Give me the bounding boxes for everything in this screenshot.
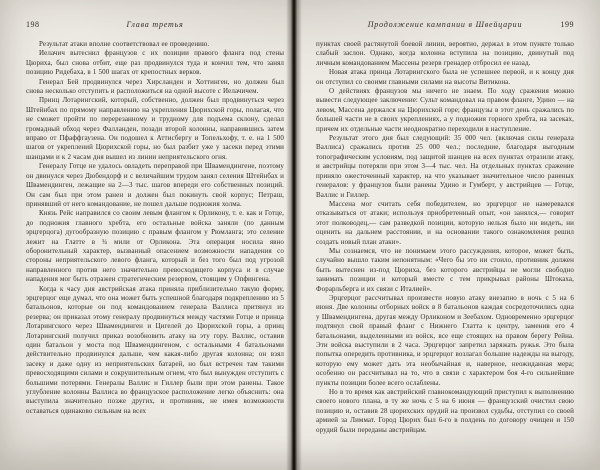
paragraph: Генералу Готце не удалось овладеть переп… bbox=[26, 162, 284, 209]
paragraph: Результат этого дня был следующий: 35 00… bbox=[316, 134, 574, 200]
paragraph: О действиях французов мы ничего не знаем… bbox=[316, 87, 574, 134]
paragraph: Иелачич вытеснил французов с их позиции … bbox=[26, 49, 284, 77]
running-head-right: Продолжение кампании в Швейцарии bbox=[316, 18, 574, 31]
paragraph: Принц Лотарингский, который, собственно,… bbox=[26, 96, 284, 162]
paragraph: Когда к часу дня австрийская атака приня… bbox=[26, 285, 284, 417]
page-body-right: пунктах своей растянутой боевой линии, в… bbox=[316, 40, 574, 435]
paragraph: Генерал Бей продвинулся через Хирсланден… bbox=[26, 78, 284, 97]
page-left: 198 Глава третья Результат атаки вполне … bbox=[26, 18, 284, 462]
paragraph: Князь Рейс направился со своим левым фла… bbox=[26, 209, 284, 284]
book-gutter bbox=[286, 0, 302, 470]
paragraph: Результат атаки вполне соответствовал ее… bbox=[26, 40, 284, 49]
book-spread: 198 Глава третья Результат атаки вполне … bbox=[0, 0, 600, 470]
page-header-right: Продолжение кампании в Швейцарии 199 bbox=[316, 18, 574, 31]
paragraph: Массена мог считать себя победителем, но… bbox=[316, 200, 574, 247]
paragraph: Но в то время как австрийский главнокома… bbox=[316, 388, 574, 435]
paragraph: пунктах своей растянутой боевой линии, в… bbox=[316, 40, 574, 68]
page-number-right: 199 bbox=[561, 18, 575, 31]
page-body-left: Результат атаки вполне соответствовал ее… bbox=[26, 40, 284, 416]
paragraph: Мы сознаемся, что не понимаем этого расс… bbox=[316, 247, 574, 294]
paragraph: Новая атака принца Лотарингского была не… bbox=[316, 68, 574, 87]
page-header-left: 198 Глава третья bbox=[26, 18, 284, 31]
page-right: Продолжение кампании в Швейцарии 199 пун… bbox=[316, 18, 574, 462]
paragraph: Эрцгерцог рассчитывал произвести новую а… bbox=[316, 294, 574, 388]
page-number-left: 198 bbox=[26, 18, 40, 31]
running-head-left: Глава третья bbox=[26, 18, 284, 31]
